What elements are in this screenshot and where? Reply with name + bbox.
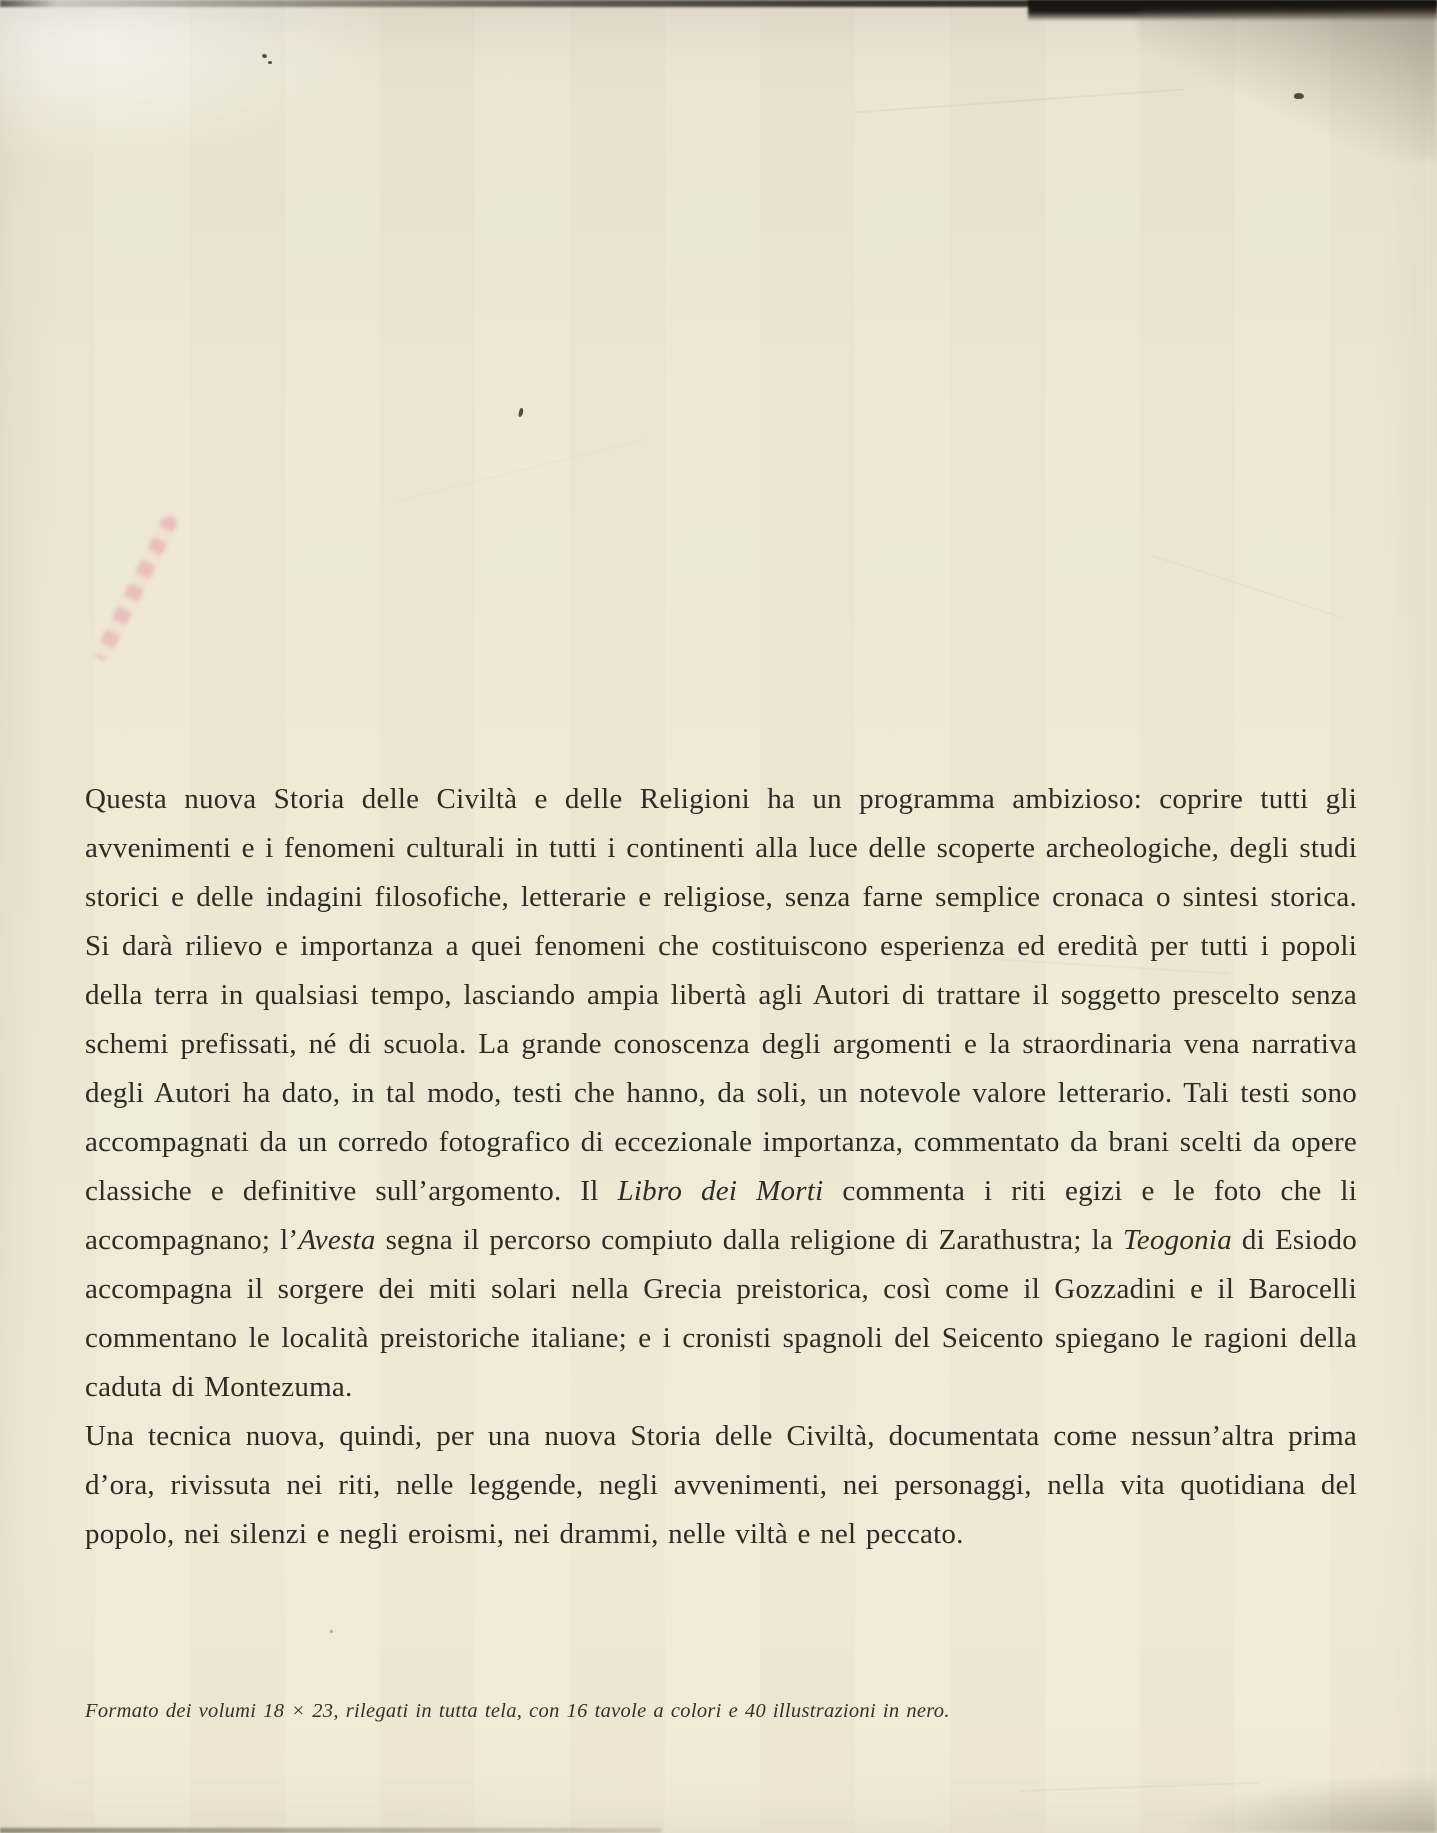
- paper-crease: [855, 88, 1184, 114]
- body-paragraph-1: Questa nuova Storia delle Civiltà e dell…: [85, 775, 1357, 1412]
- paper-background: Questa nuova Storia delle Civiltà e dell…: [0, 0, 1437, 1833]
- scan-speck: [268, 61, 272, 64]
- paper-crease: [1149, 554, 1340, 619]
- scan-corner-shade-top-right: [1137, 10, 1437, 160]
- scan-edge-bottom-left: [0, 1828, 661, 1833]
- scan-speck: [261, 53, 267, 58]
- scan-corner-shade-bottom-right: [1177, 1773, 1437, 1833]
- scan-speck: [330, 1630, 333, 1633]
- scan-speck: [1294, 93, 1304, 99]
- body-paragraph-2: Una tecnica nuova, quindi, per una nuova…: [85, 1412, 1357, 1559]
- pink-pencil-smudge: [93, 513, 180, 663]
- paper-crease: [394, 439, 647, 504]
- scan-speck: [518, 408, 524, 418]
- scanned-page: Questa nuova Storia delle Civiltà e dell…: [0, 0, 1437, 1833]
- description-text-block: Questa nuova Storia delle Civiltà e dell…: [85, 775, 1357, 1559]
- format-note: Formato dei volumi 18 × 23, rilegati in …: [85, 1700, 1365, 1723]
